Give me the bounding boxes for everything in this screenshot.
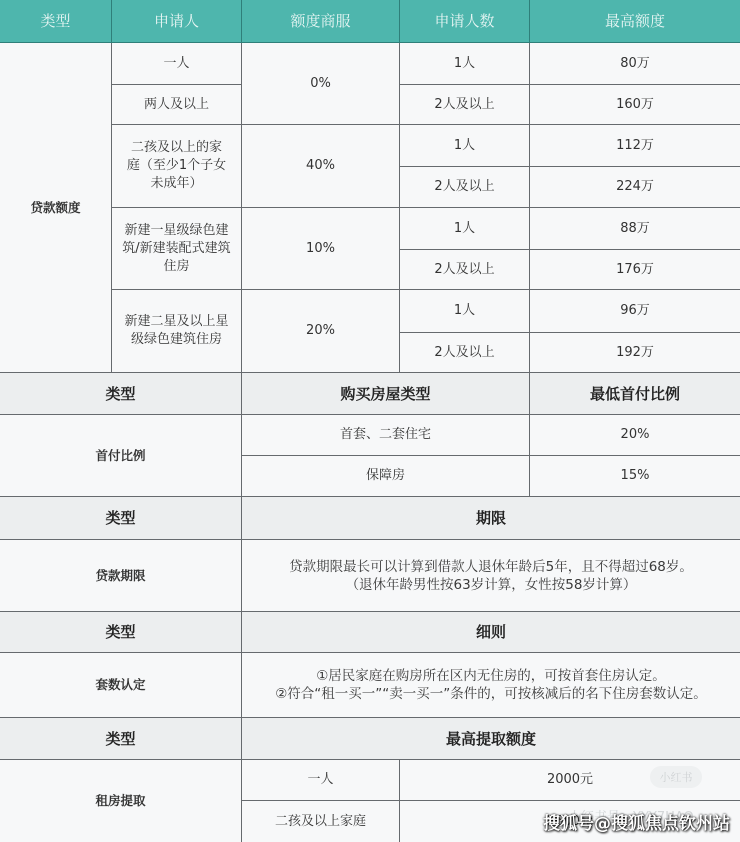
ratio-cell: 20% — [530, 415, 740, 456]
house-type-cell: 首套、二套住宅 — [242, 415, 530, 456]
rule-line-2: ②符合“租一买一”“卖一买一”条件的，可按核减后的名下住房套数认定。 — [275, 685, 707, 703]
header-applicant: 申请人 — [112, 0, 242, 43]
amount-cell: 224万 — [530, 167, 740, 208]
count-cell: 1人 — [400, 290, 530, 333]
source-watermark: 搜狐号@搜狐焦点钦州站 — [543, 809, 730, 834]
section-header-term: 期限 — [242, 497, 740, 540]
rate-cell: 20% — [242, 290, 400, 373]
count-rules-description: ①居民家庭在购房所在区内无住房的，可按首套住房认定。 ②符合“租一买一”“卖一买… — [242, 653, 740, 718]
amount-cell: 176万 — [530, 250, 740, 290]
applicant-cell: 一人 — [112, 43, 242, 85]
amount-cell: 160万 — [530, 85, 740, 125]
amount-cell: 96万 — [530, 290, 740, 333]
rent-withdrawal-label: 租房提取 — [0, 760, 242, 842]
amount-cell: 192万 — [530, 333, 740, 373]
amount-cell: 112万 — [530, 125, 740, 167]
applicant-cell: 两人及以上 — [112, 85, 242, 125]
count-cell: 2人及以上 — [400, 333, 530, 373]
down-payment-label: 首付比例 — [0, 415, 242, 497]
amount-cell: 88万 — [530, 208, 740, 250]
count-cell: 2人及以上 — [400, 85, 530, 125]
who-cell: 二孩及以上家庭 — [242, 801, 400, 842]
term-label: 贷款期限 — [0, 540, 242, 612]
term-line-2: （退休年龄男性按63岁计算，女性按58岁计算） — [346, 576, 637, 594]
loan-amount-label: 贷款额度 — [0, 43, 112, 373]
who-cell: 一人 — [242, 760, 400, 801]
count-rules-label: 套数认定 — [0, 653, 242, 718]
applicant-cell: 新建一星级绿色建筑/新建装配式建筑住房 — [112, 208, 242, 290]
header-quota-rate: 额度商服 — [242, 0, 400, 43]
section-header-rules: 细则 — [242, 612, 740, 653]
applicant-cell: 新建二星及以上星级绿色建筑住房 — [112, 290, 242, 373]
count-cell: 1人 — [400, 43, 530, 85]
section-header-max: 最高提取额度 — [242, 718, 740, 760]
count-cell: 2人及以上 — [400, 167, 530, 208]
house-type-cell: 保障房 — [242, 456, 530, 497]
header-type: 类型 — [0, 0, 112, 43]
rate-cell: 0% — [242, 43, 400, 125]
section-header-type: 类型 — [0, 612, 242, 653]
rule-line-1: ①居民家庭在购房所在区内无住房的，可按首套住房认定。 — [316, 667, 666, 685]
count-cell: 1人 — [400, 125, 530, 167]
section-header-type: 类型 — [0, 718, 242, 760]
ratio-cell: 15% — [530, 456, 740, 497]
section-header-type: 类型 — [0, 373, 242, 415]
xiaohongshu-stamp: 小红书 — [650, 766, 702, 788]
rate-cell: 40% — [242, 125, 400, 208]
rate-cell: 10% — [242, 208, 400, 290]
section-header-type: 类型 — [0, 497, 242, 540]
term-line-1: 贷款期限最长可以计算到借款人退休年龄后5年，且不得超过68岁。 — [289, 558, 693, 576]
count-cell: 2人及以上 — [400, 250, 530, 290]
section-header-house-type: 购买房屋类型 — [242, 373, 530, 415]
term-description: 贷款期限最长可以计算到借款人退休年龄后5年，且不得超过68岁。 （退休年龄男性按… — [242, 540, 740, 612]
header-applicant-count: 申请人数 — [400, 0, 530, 43]
section-header-min-ratio: 最低首付比例 — [530, 373, 740, 415]
amount-cell: 80万 — [530, 43, 740, 85]
count-cell: 1人 — [400, 208, 530, 250]
applicant-cell: 二孩及以上的家庭（至少1个子女未成年） — [112, 125, 242, 208]
header-max-amount: 最高额度 — [530, 0, 740, 43]
